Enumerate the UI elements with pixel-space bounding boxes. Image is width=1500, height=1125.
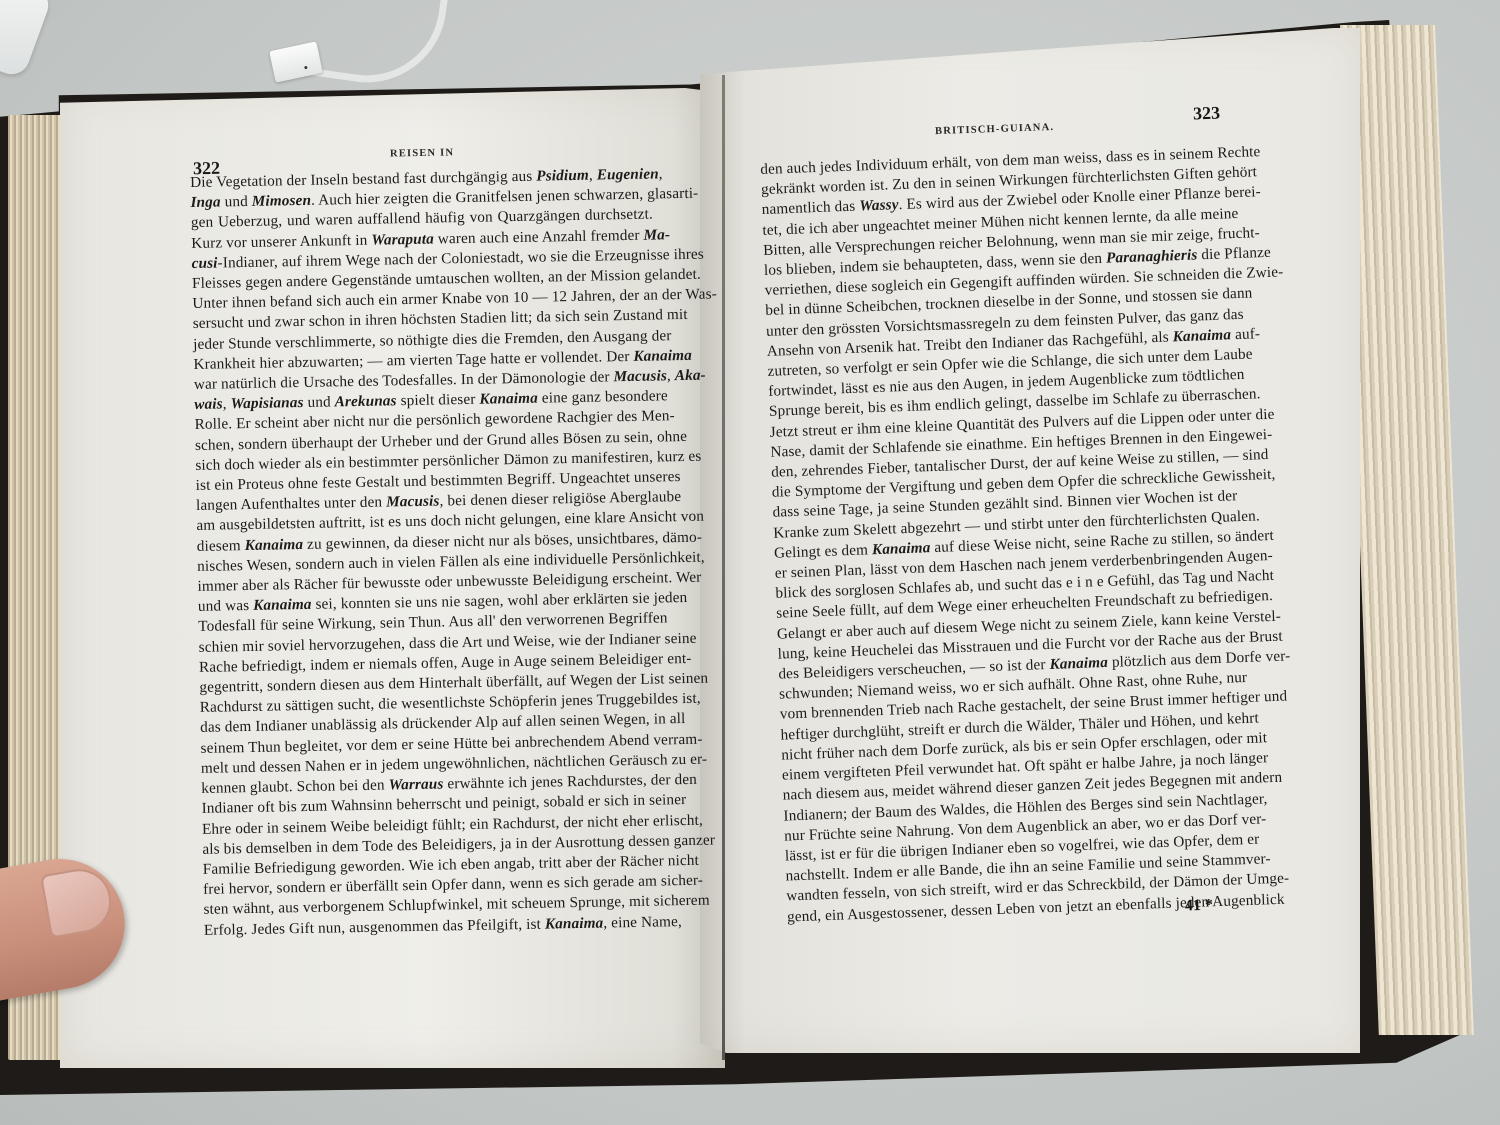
- power-cable: [302, 0, 452, 93]
- running-head-left: REISEN IN: [390, 147, 454, 159]
- left-page-body: Die Vegetation der Inseln bestand fast d…: [190, 165, 666, 941]
- signature-mark: 41 *: [1185, 897, 1214, 916]
- charger-adapter: [0, 0, 53, 79]
- magsafe-plug: [269, 41, 323, 82]
- right-page-body: den auch jedes Individuum erhält, von de…: [760, 143, 1252, 927]
- book-gutter: [722, 75, 725, 1060]
- page-number-right: 323: [1193, 103, 1221, 125]
